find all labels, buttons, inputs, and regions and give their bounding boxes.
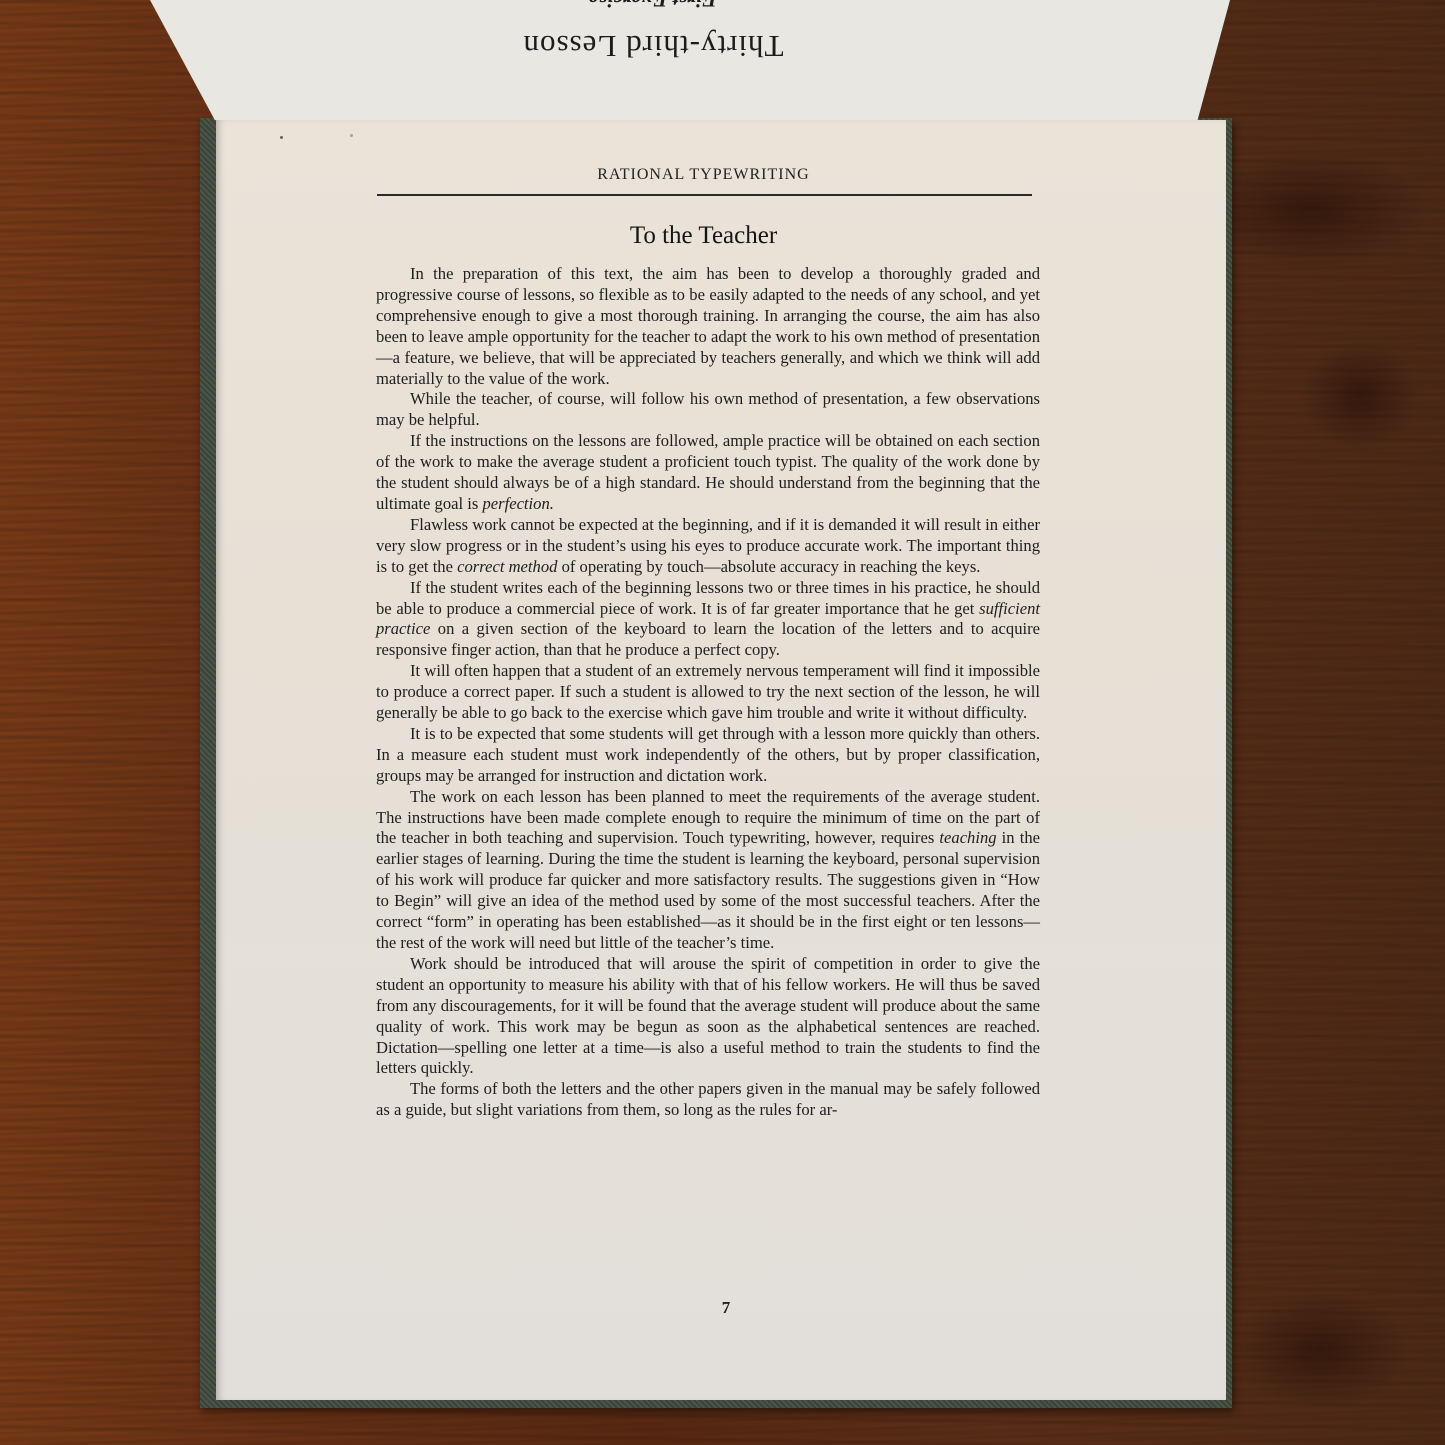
paragraph: It is to be expected that some students … (376, 724, 1040, 787)
paragraph-text: of operating by touch—absolute accuracy … (557, 557, 980, 576)
emphasis-text: correct method (457, 557, 557, 576)
wood-shadow (1230, 1290, 1410, 1410)
paragraph-text: on a given section of the keyboard to le… (376, 619, 1040, 659)
folded-previous-page[interactable]: Thirty-third Lesson First Exercise (150, 0, 1230, 120)
paragraph-text: It is to be expected that some students … (376, 724, 1040, 785)
header-rule (377, 194, 1032, 196)
emphasis-text: teaching (939, 828, 996, 847)
wood-knot (1300, 340, 1420, 450)
paragraph-text: It will often happen that a student of a… (376, 661, 1040, 722)
paragraph: If the instructions on the lessons are f… (376, 431, 1040, 515)
paragraph: If the student writes each of the beginn… (376, 578, 1040, 662)
paragraph: Work should be introduced that will arou… (376, 954, 1040, 1079)
paragraph: While the teacher, of course, will follo… (376, 389, 1040, 431)
paragraph: In the preparation of this text, the aim… (376, 264, 1040, 389)
paragraph-text: While the teacher, of course, will follo… (376, 389, 1040, 429)
paragraph-text: Work should be introduced that will arou… (376, 954, 1040, 1078)
paragraph: The forms of both the letters and the ot… (376, 1079, 1040, 1121)
paragraph: It will often happen that a student of a… (376, 661, 1040, 724)
flap-lesson-title: Thirty-third Lesson (113, 28, 1193, 64)
paragraph-text: In the preparation of this text, the aim… (376, 264, 1040, 388)
paper-speck (350, 134, 353, 137)
paragraph-text: If the student writes each of the beginn… (376, 578, 1040, 618)
page-title: To the Teacher (376, 222, 1031, 250)
page-number: 7 (376, 1298, 1076, 1318)
paragraph: The work on each lesson has been planned… (376, 787, 1040, 954)
body-text: In the preparation of this text, the aim… (376, 264, 1040, 1121)
running-header: RATIONAL TYPEWRITING (376, 166, 1031, 184)
paper-speck (280, 136, 283, 139)
paragraph: Flawless work cannot be expected at the … (376, 515, 1040, 578)
flap-exercise-subtitle: First Exercise (113, 0, 1193, 12)
emphasis-text: perfection. (482, 494, 553, 513)
paragraph-text: The forms of both the letters and the ot… (376, 1079, 1040, 1119)
paragraph-text: If the instructions on the lessons are f… (376, 431, 1040, 513)
